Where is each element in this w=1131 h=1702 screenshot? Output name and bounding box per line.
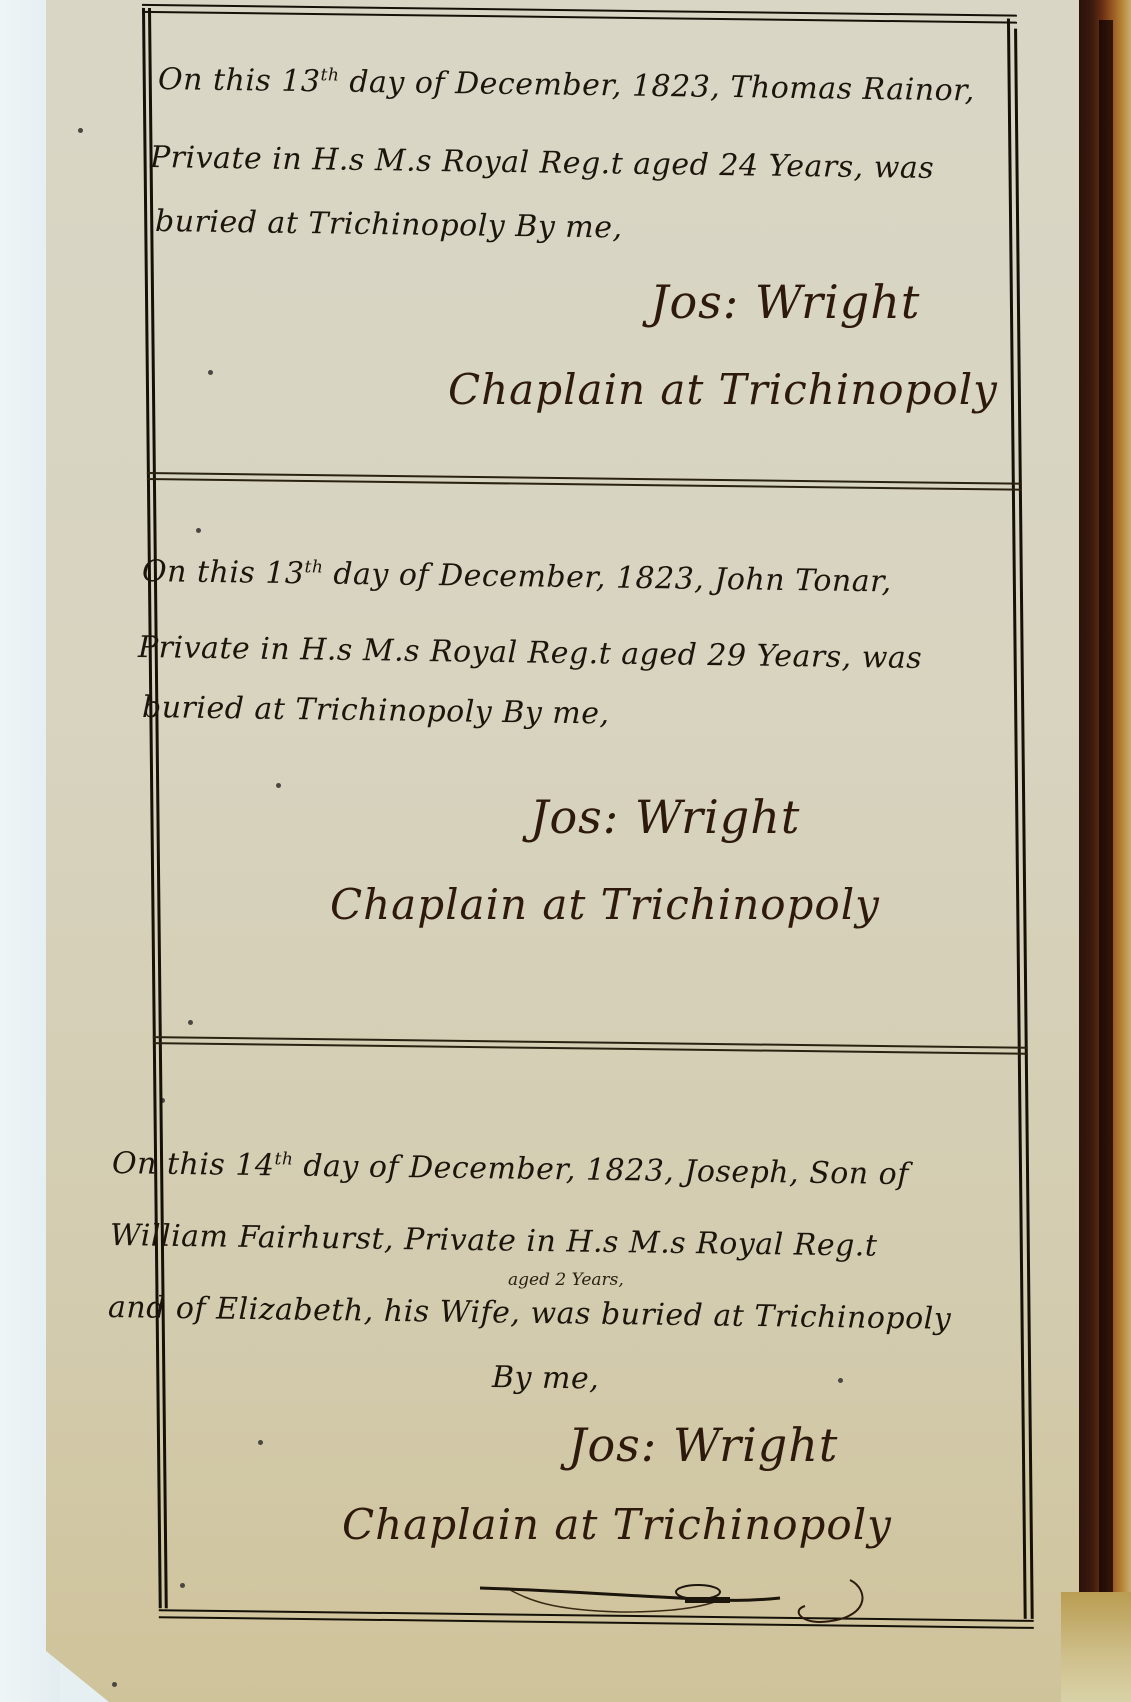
paper-speck — [112, 1682, 117, 1687]
book-spine-edge — [1079, 0, 1131, 1702]
entry-3-line-4: By me, — [492, 1360, 600, 1396]
ordinal-suffix: th — [320, 65, 339, 85]
ordinal-suffix: th — [274, 1149, 293, 1169]
chaplain-title: Chaplain at Trichinopoly — [342, 1500, 892, 1549]
entry-text: On this 13 — [142, 554, 305, 591]
entry-divider-2 — [153, 1036, 1028, 1055]
chaplain-signature: Jos: Wright — [650, 275, 920, 329]
chaplain-signature: Jos: Wright — [568, 1418, 838, 1472]
pen-flourish-icon — [470, 1570, 910, 1630]
chaplain-title: Chaplain at Trichinopoly — [448, 365, 998, 414]
paper-speck — [78, 128, 83, 133]
book-cover-corner — [1061, 1592, 1131, 1702]
entry-1-line-3: buried at Trichinopoly By me, — [155, 204, 623, 246]
book-page-stack-shadow — [1099, 20, 1113, 1630]
entry-text: On this 13 — [158, 62, 321, 99]
entry-text: On this 14 — [112, 1146, 275, 1183]
chaplain-signature: Jos: Wright — [530, 790, 800, 844]
interlinear-insertion: aged 2 Years, — [508, 1270, 624, 1290]
ordinal-suffix: th — [304, 557, 323, 577]
chaplain-title: Chaplain at Trichinopoly — [330, 880, 880, 929]
entry-2-line-3: buried at Trichinopoly By me, — [142, 690, 610, 732]
entry-divider-1 — [147, 472, 1022, 491]
